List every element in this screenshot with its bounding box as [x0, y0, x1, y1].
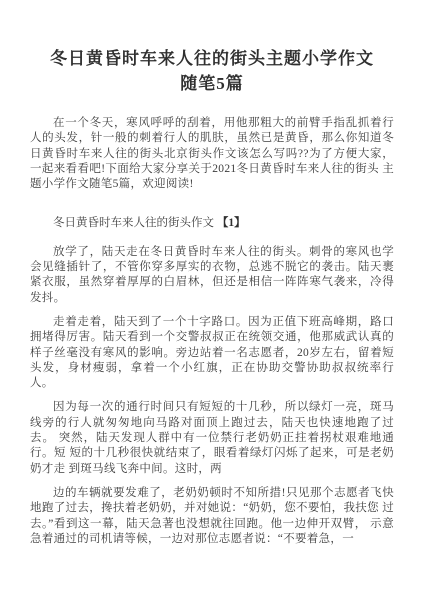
- essay-paragraph-3: 因为每一次的通行时间只有短短的十几秒，所以绿灯一亮，斑马 线旁的行人就匆匆地向马…: [30, 400, 394, 476]
- intro-paragraph: 在一个冬天，寒风呼呼的刮着，用他那粗大的前臂手指乱抓着行 人的头发，针一般的刺着…: [30, 116, 394, 192]
- section-heading: 冬日黄昏时车来人往的街头作文 【1】: [30, 216, 394, 231]
- section-heading-number: 【1】: [217, 217, 246, 229]
- essay-paragraph-1: 放学了，陆天走在冬日黄昏时车来人往的街头。刺骨的寒风也学 会见缝插针了，不管你穿…: [30, 245, 394, 306]
- document-page: 冬日黄昏时车来人往的街头主题小学作文随笔5篇 在一个冬天，寒风呼呼的刮着，用他那…: [0, 0, 424, 600]
- essay-paragraph-2: 走着走着，陆天到了一个十字路口。因为正值下班高峰期，路口 拥堵得厉害。陆天看到一…: [30, 315, 394, 391]
- page-title: 冬日黄昏时车来人往的街头主题小学作文随笔5篇: [44, 46, 380, 96]
- section-heading-label: 冬日黄昏时车来人往的街头作文: [53, 217, 214, 229]
- essay-paragraph-4: 边的车辆就要发难了，老奶奶顿时不知所措!只见那个志愿者飞快 地跑了过去，搀扶着老…: [30, 486, 394, 547]
